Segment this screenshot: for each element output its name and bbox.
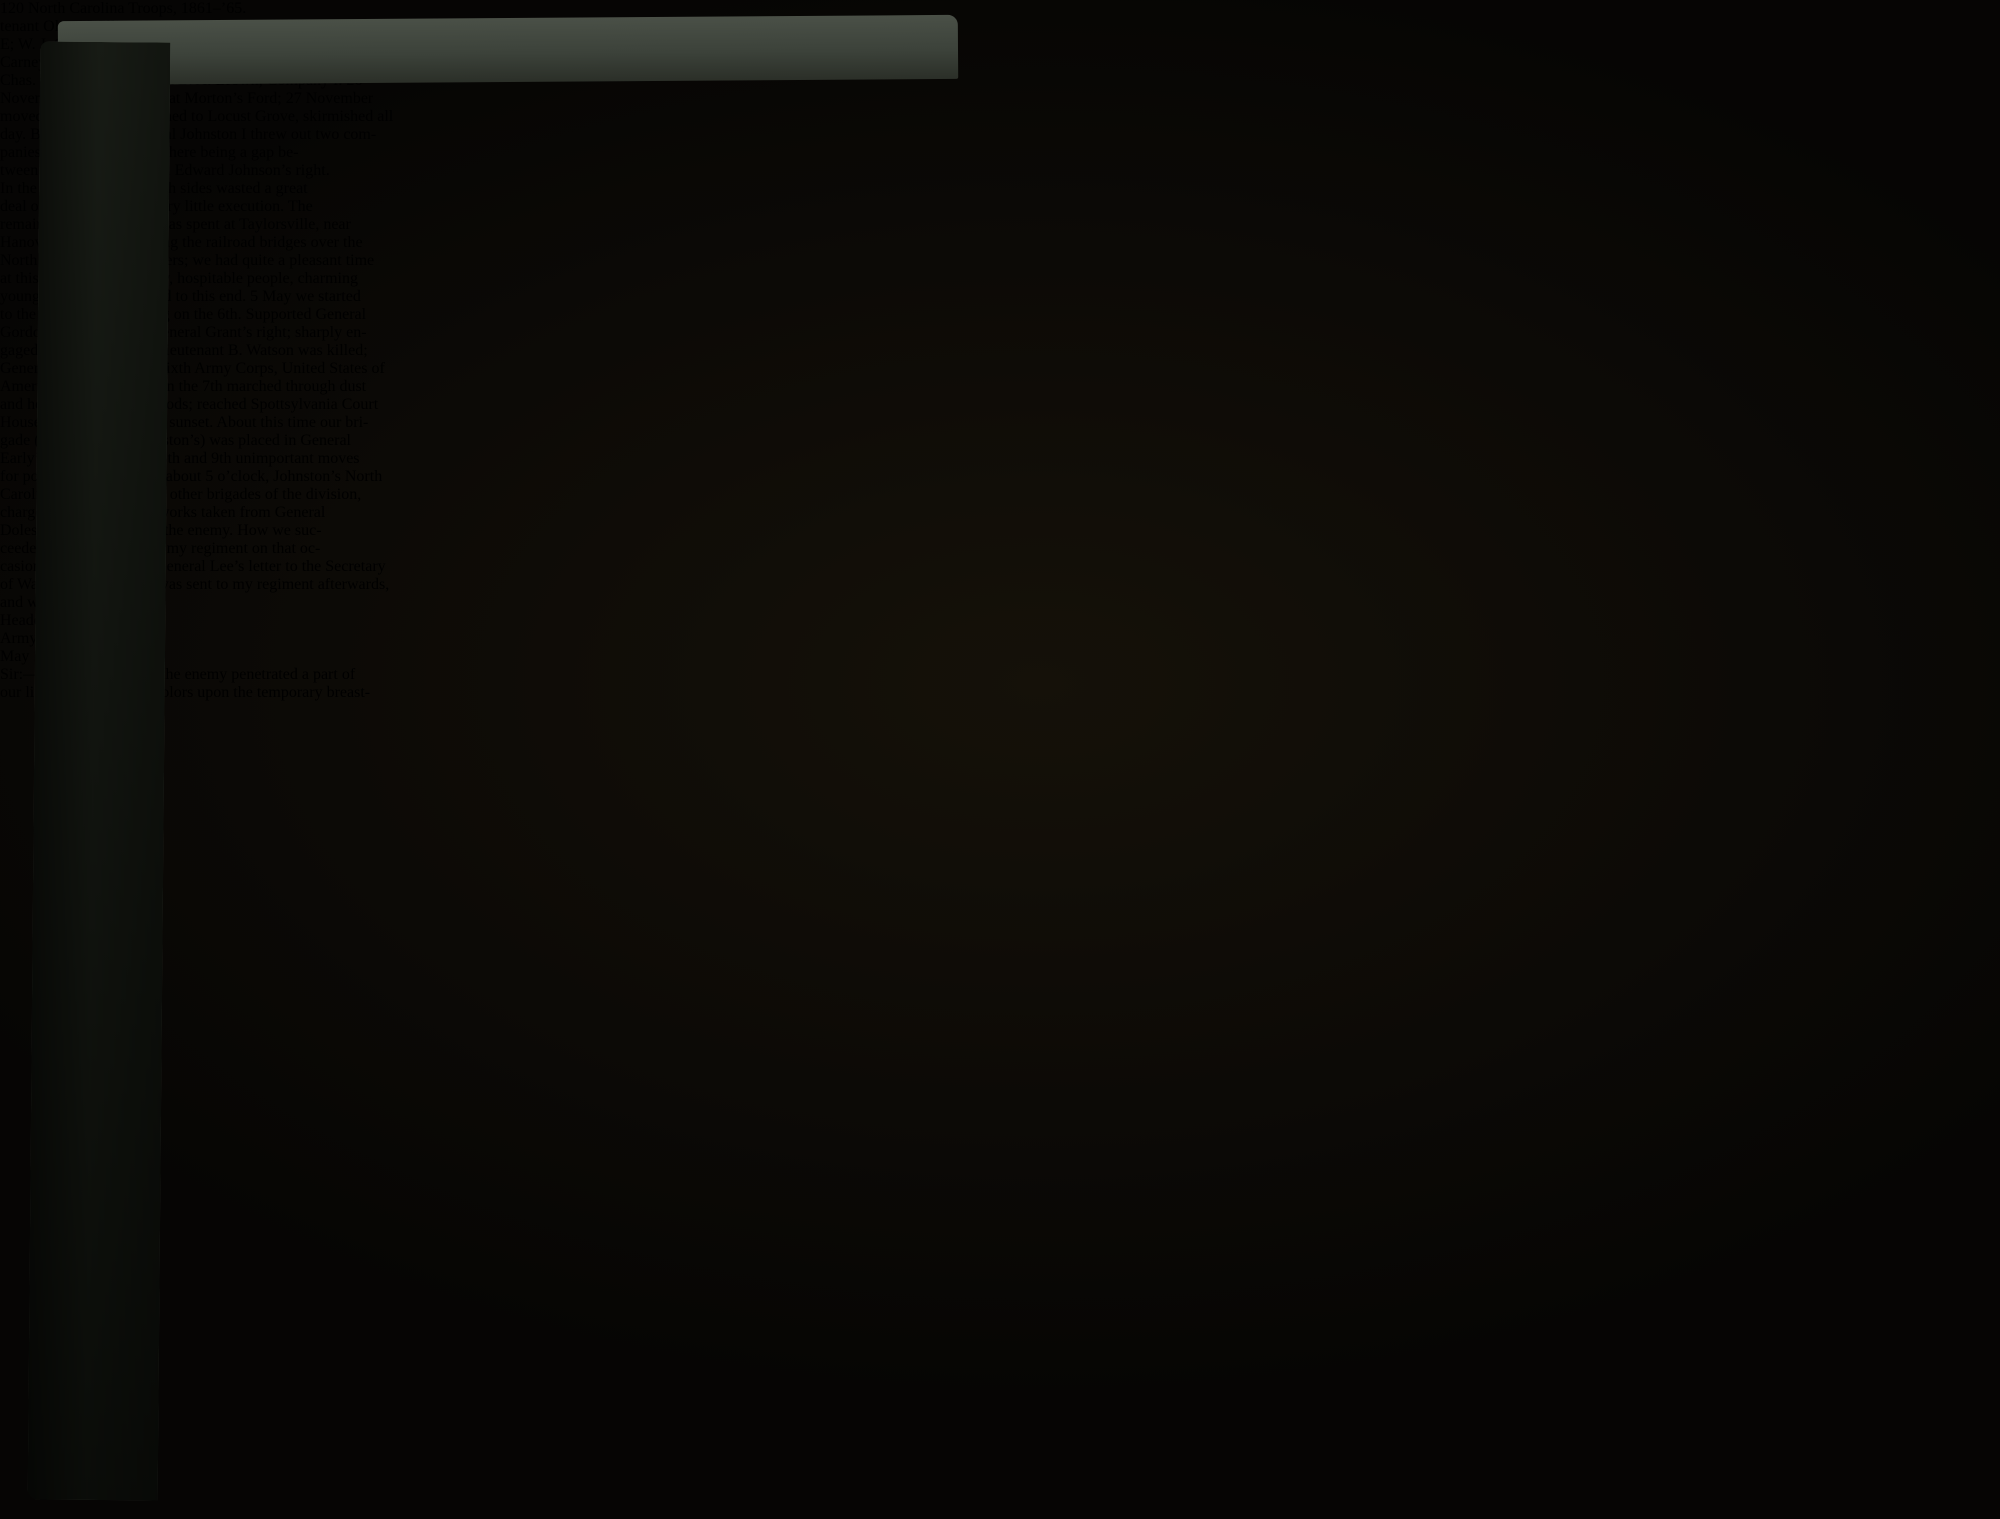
body-line: General Seymour of the Sixth Army Corps,… <box>0 360 2000 378</box>
body-line: Early’s Division. On the 8th and 9th uni… <box>0 450 2000 468</box>
left-page: 120 North Carolina Troops, 1861–’65. ten… <box>0 0 2000 702</box>
open-book-scan: 120 North Carolina Troops, 1861–’65. ten… <box>0 0 2000 1519</box>
body-line: and heat from burning woods; reached Spo… <box>0 396 2000 414</box>
body-line: North and South Anna rivers; we had quit… <box>0 252 2000 270</box>
body-line: moved out of camp, marched to Locust Gro… <box>0 108 2000 126</box>
body-line: for position. On the 10th, about 5 o’clo… <box>0 468 2000 486</box>
body-line: deal of powder, but did very little exec… <box>0 198 2000 216</box>
body-line: of War, a copy of which was sent to my r… <box>0 576 2000 594</box>
body-line: panies to protect our left, there being … <box>0 144 2000 162</box>
body-line: ceeded and the credit due my regiment on… <box>0 540 2000 558</box>
body-line: gaged for a short while. Lieutenant B. W… <box>0 342 2000 360</box>
page-header: 120 North Carolina Troops, 1861–’65. <box>0 0 2000 18</box>
body-line: November in the trenches at Morton’s For… <box>0 90 2000 108</box>
letter-salutation: Sir: <box>0 666 23 683</box>
body-line: day. By order from General Johnston I th… <box>0 126 2000 144</box>
body-text: tenant Oliver Williams, Company C; Jno. … <box>0 18 2000 612</box>
page-number: 120 <box>0 0 24 17</box>
body-line: casion is best shown by General Lee’s le… <box>0 558 2000 576</box>
book-cover-right-board <box>1906 28 1978 1490</box>
letter-body: Sir:—Yesterday evening the enemy penetra… <box>0 666 2000 702</box>
letter-heading-block: Headquarters, Army Northern Virginia, Ma… <box>0 612 2000 666</box>
body-line: to the Wilderness, arriving on the 6th. … <box>0 306 2000 324</box>
body-line: House a short time before sunset. About … <box>0 414 2000 432</box>
body-line: Hanover Junction, guarding the railroad … <box>0 234 2000 252</box>
body-line: Carolina Brigade with the other brigades… <box>0 486 2000 504</box>
running-title: North Carolina Troops, 1861–’65. <box>28 0 246 17</box>
body-line: at this camp, good country, hospitable p… <box>0 270 2000 288</box>
book-cover-top-edge <box>58 15 958 85</box>
body-line: tween our left and General Edward Johnso… <box>0 162 2000 180</box>
letter-body-line: Sir:—Yesterday evening the enemy penetra… <box>0 666 2000 684</box>
body-line: gade (General R. D. Johnston’s) was plac… <box>0 432 2000 450</box>
book-cover-left-board <box>28 41 171 1500</box>
letter-body-line: our line and planted his colors upon the… <box>0 684 2000 702</box>
body-line: Doles by massed lines of the enemy. How … <box>0 522 2000 540</box>
body-line: remainder of the Winter was spent at Tay… <box>0 216 2000 234</box>
body-line: In the Mine Run affair both sides wasted… <box>0 180 2000 198</box>
letter-heading-headquarters: Headquarters, <box>0 612 2000 630</box>
body-line: young ladies, all conspired to this end.… <box>0 288 2000 306</box>
body-line: and which is as follows: <box>0 594 2000 612</box>
letter-date: May 16, 1864. <box>0 648 2000 666</box>
body-line: Gordon in an attack on General Grant’s r… <box>0 324 2000 342</box>
letter-heading-army: Army Northern Virginia, <box>0 630 2000 648</box>
body-line: America, was captured. On the 7th marche… <box>0 378 2000 396</box>
body-line: charged to recapture the works taken fro… <box>0 504 2000 522</box>
